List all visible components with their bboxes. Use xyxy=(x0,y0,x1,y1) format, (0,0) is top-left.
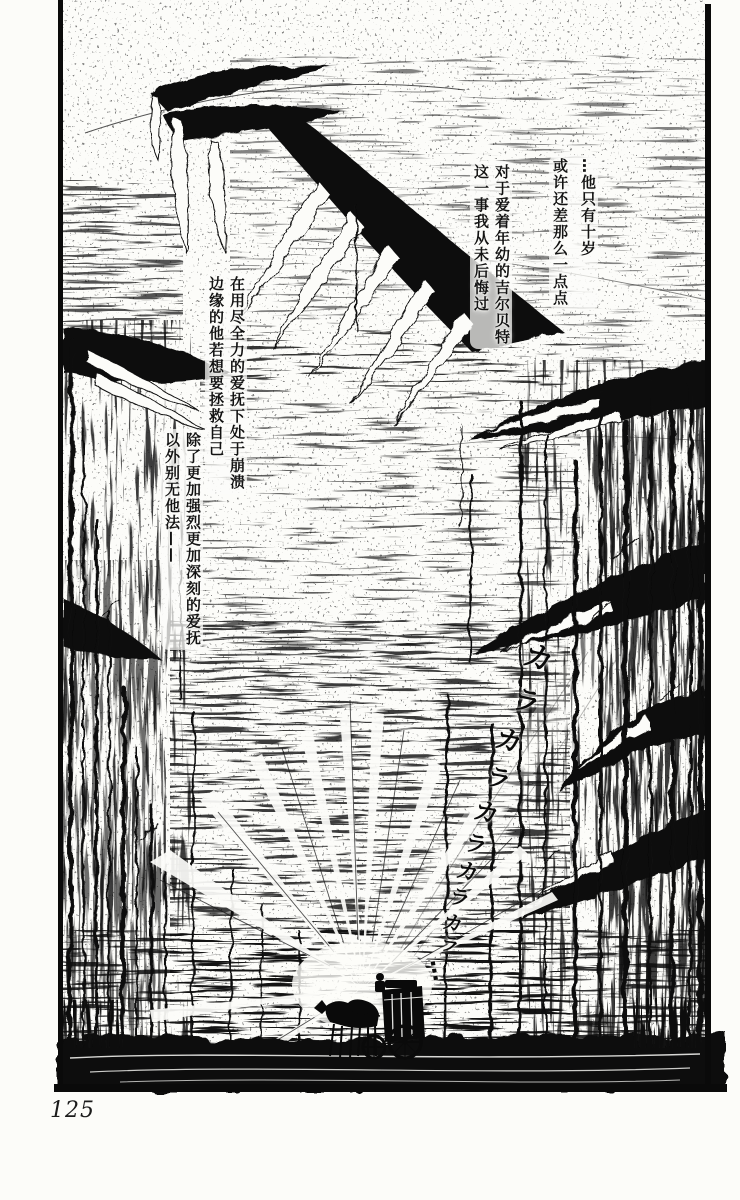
narration-line: 对于爱着年幼的吉尔贝特 xyxy=(493,164,510,346)
forest-artwork xyxy=(0,0,740,1200)
narration-mid-left-group-a: 在用尽全力的爱抚下处于崩溃 边缘的他若想要拯救自己 xyxy=(205,273,247,494)
narration-top-right-group-a: …他只有十岁 或许还差那么一点点 xyxy=(549,155,598,310)
narration-line: 在用尽全力的爱抚下处于崩溃 xyxy=(228,276,245,491)
page-number: 125 xyxy=(50,1098,95,1123)
narration-line: 边缘的他若想要拯救自己 xyxy=(207,276,224,491)
panel-border-bottom xyxy=(54,1084,727,1092)
narration-line: 这一事我从未后悔过 xyxy=(472,164,489,346)
narration-line: 除了更加强烈更加深刻的爱抚 xyxy=(184,432,201,647)
narration-line: 以外别无他法—— xyxy=(163,432,180,647)
narration-line: …他只有十岁 xyxy=(579,158,596,307)
narration-mid-left-group-b: 除了更加强烈更加深刻的爱抚 以外别无他法—— xyxy=(161,429,203,650)
panel-border-left xyxy=(58,0,63,1090)
manga-page: …他只有十岁 或许还差那么一点点 对于爱着年幼的吉尔贝特 这一事我从未后悔过 在… xyxy=(0,0,740,1200)
panel-border-right xyxy=(705,4,711,1090)
narration-top-right-group-b: 对于爱着年幼的吉尔贝特 这一事我从未后悔过 xyxy=(470,161,512,349)
sfx-char: … xyxy=(425,957,450,981)
narration-line: 或许还差那么一点点 xyxy=(551,158,568,307)
